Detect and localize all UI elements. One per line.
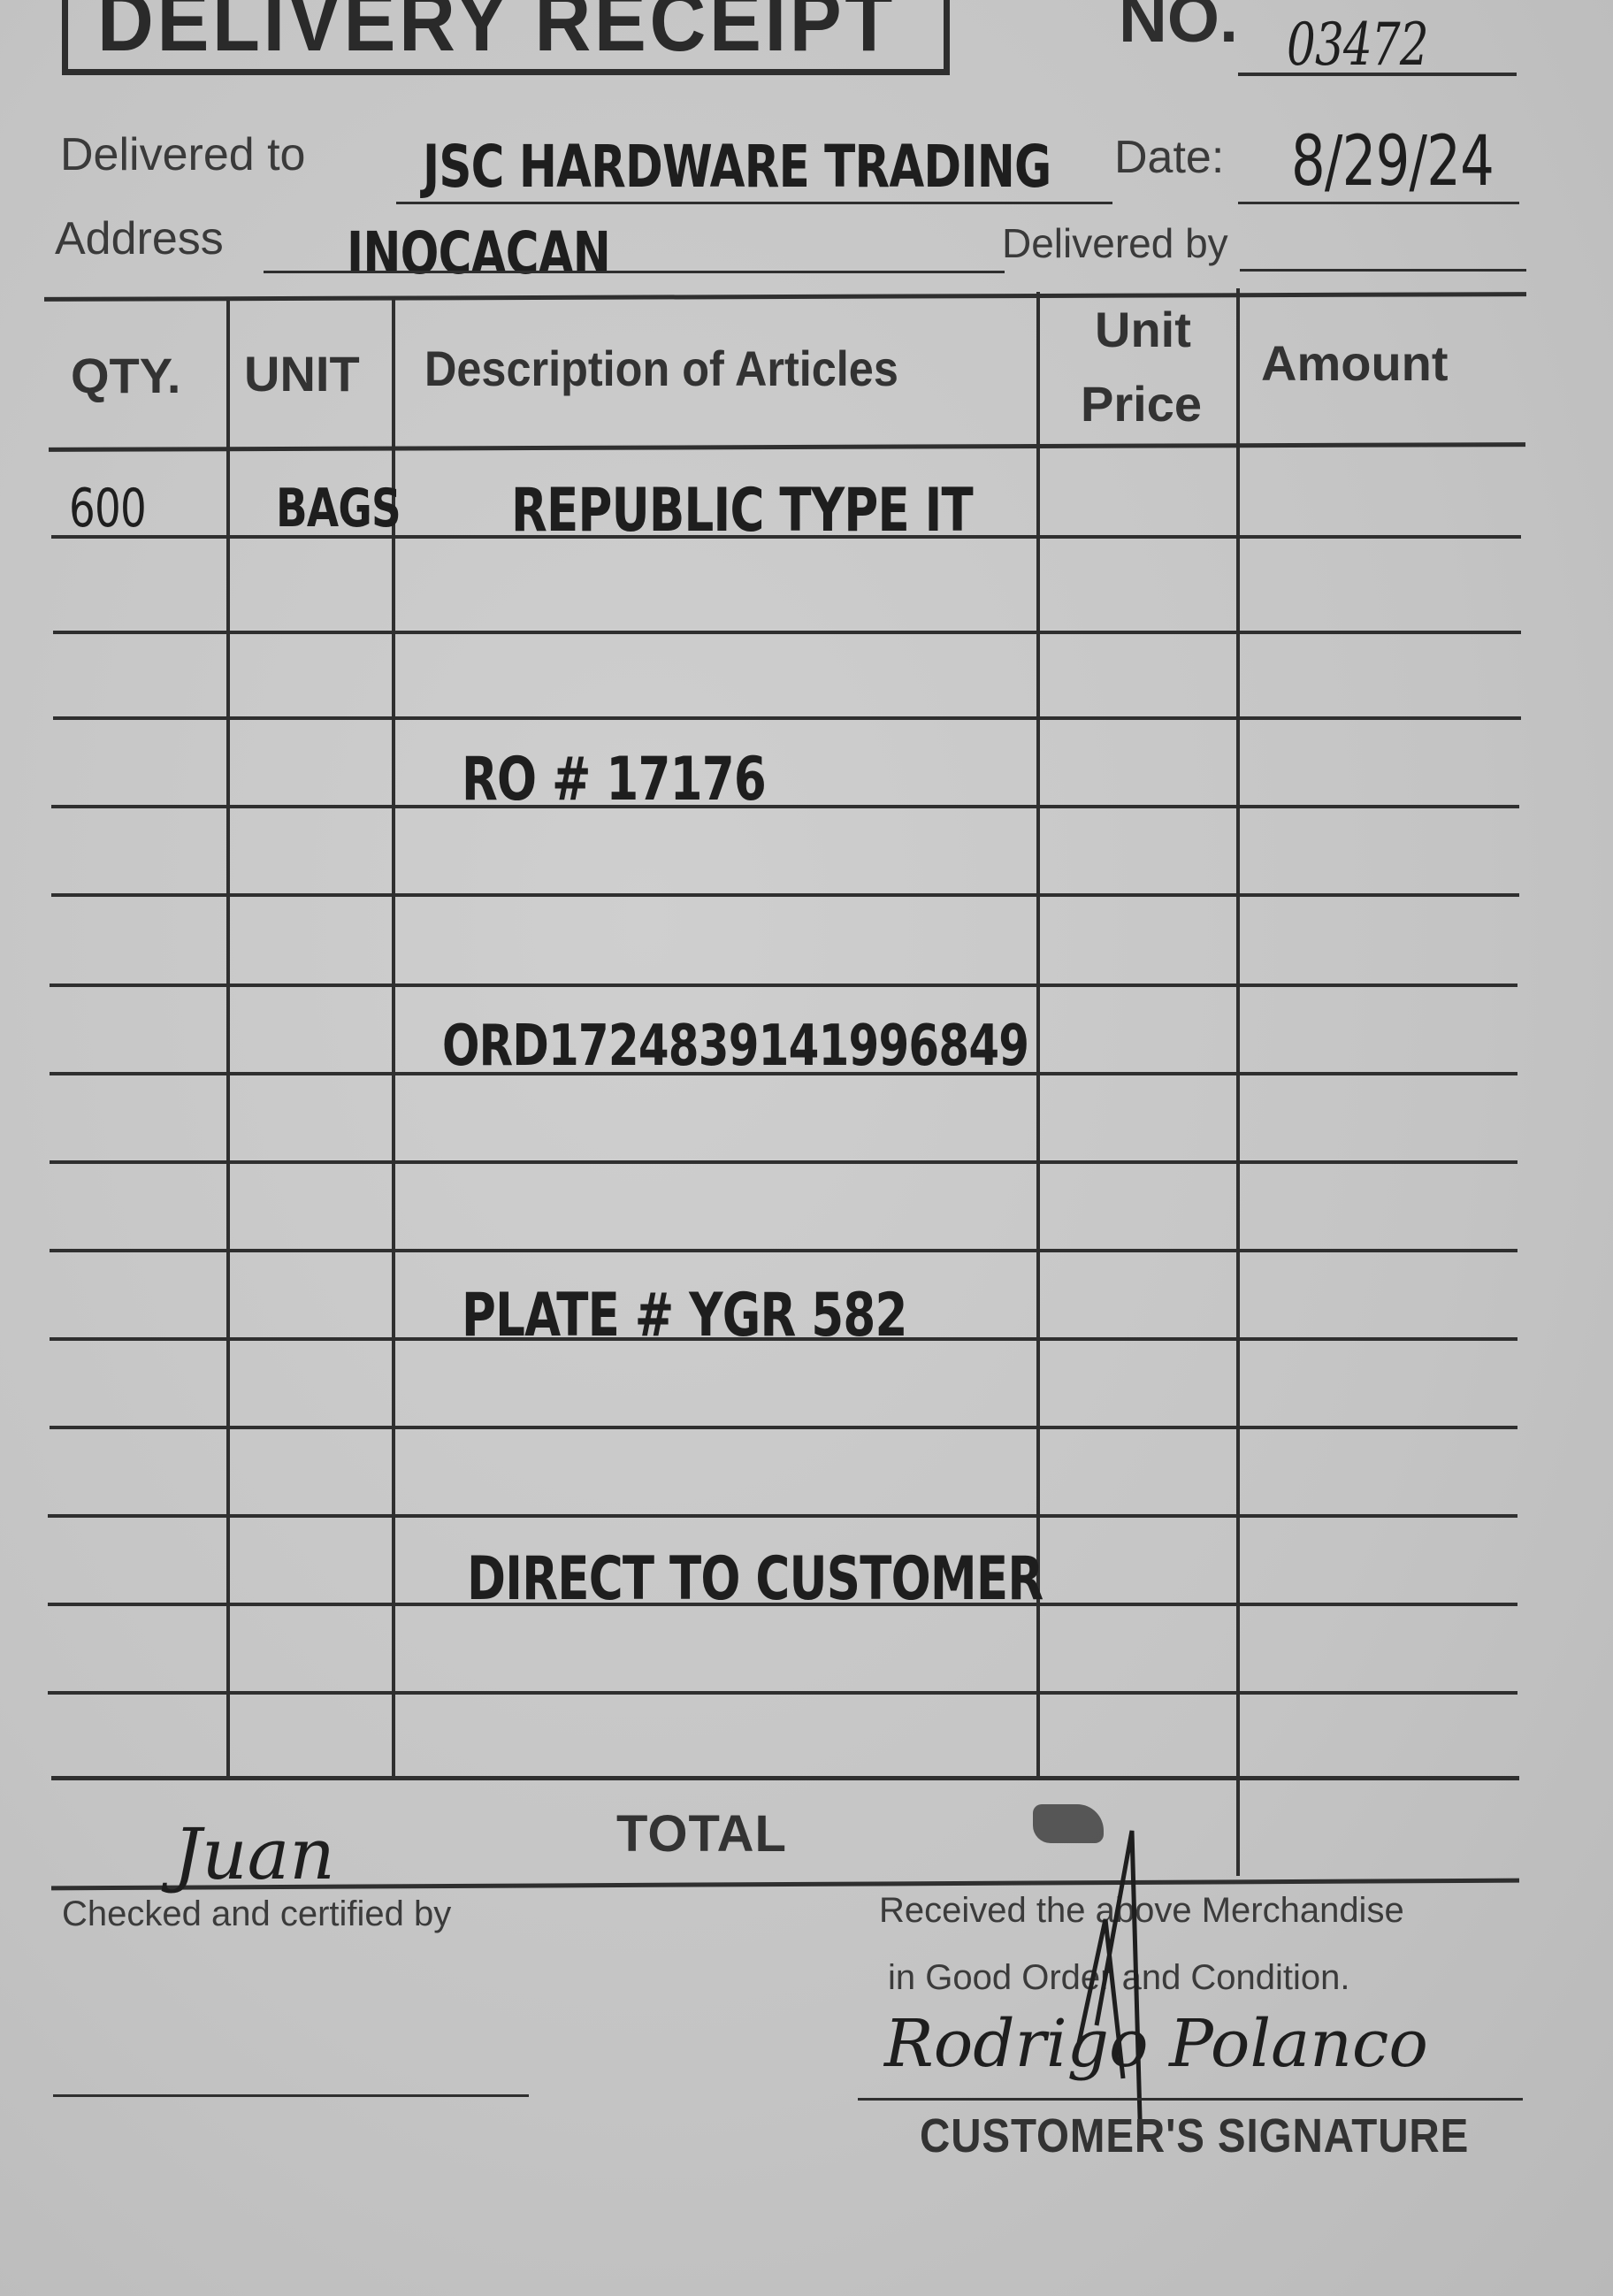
column-header-unit-price-line2: Price	[1081, 375, 1202, 432]
delivered-to-label: Delivered to	[60, 128, 305, 181]
delivered-by-label: Delivered by	[1002, 219, 1228, 267]
row-rule	[51, 893, 1519, 897]
date-value: 8/29/24	[1291, 122, 1494, 202]
row-6-description: ORD1724839141996849	[442, 1014, 1028, 1079]
delivered-to-value: JSC Hardware Trading	[423, 133, 1051, 201]
row-rule	[53, 631, 1521, 634]
customer-signature-line	[858, 2098, 1523, 2101]
delivered-by-underline	[1240, 269, 1526, 272]
column-divider-qty	[226, 297, 230, 1779]
row-0-qty: 600	[69, 478, 146, 540]
receipt-number-underline	[1238, 73, 1517, 76]
total-label: TOTAL	[616, 1804, 787, 1864]
date-label: Date:	[1114, 131, 1224, 184]
row-3-description: RO # 17176	[462, 745, 766, 815]
table-body-bottom-border	[51, 1776, 1519, 1780]
row-rule	[50, 983, 1517, 987]
column-header-description: Description of Articles	[424, 340, 898, 397]
row-rule	[51, 805, 1519, 808]
document-title: DELIVERY RECEIPT	[97, 0, 896, 71]
row-rule	[50, 1249, 1517, 1252]
row-rule	[53, 716, 1521, 720]
checked-by-signature-line	[53, 2094, 529, 2097]
receipt-number-label: NO.	[1119, 0, 1238, 57]
column-header-qty: QTY.	[71, 347, 180, 404]
row-9-description: PLATE # YGR 582	[462, 1281, 907, 1351]
row-rule	[50, 1160, 1517, 1164]
date-underline	[1238, 202, 1519, 204]
delivered-to-underline	[396, 202, 1112, 204]
address-underline	[264, 271, 1005, 273]
address-value: Inocacan	[347, 219, 610, 287]
row-rule	[48, 1514, 1517, 1518]
row-rule	[50, 1426, 1517, 1429]
address-label: Address	[55, 212, 224, 265]
receipt-number: 03472	[1287, 11, 1428, 79]
column-header-unit-price-line1: Unit	[1095, 301, 1191, 358]
table-top-border	[44, 292, 1526, 302]
checked-by-signature: Juan	[173, 1813, 335, 1895]
checked-by-label: Checked and certified by	[62, 1894, 451, 1934]
row-0-description: REPUBLIC TYPE IT	[511, 476, 973, 546]
row-0-unit: BAGS	[276, 478, 401, 540]
table-header-border	[49, 442, 1525, 452]
customer-signature-label: CUSTOMER'S SIGNATURE	[920, 2108, 1469, 2163]
column-header-amount: Amount	[1261, 334, 1449, 392]
column-header-unit: UNIT	[244, 345, 360, 402]
row-rule	[48, 1691, 1517, 1695]
row-12-description: DIRECT TO CUSTOMER	[467, 1544, 1043, 1614]
column-divider-unit-price	[1236, 288, 1240, 1876]
